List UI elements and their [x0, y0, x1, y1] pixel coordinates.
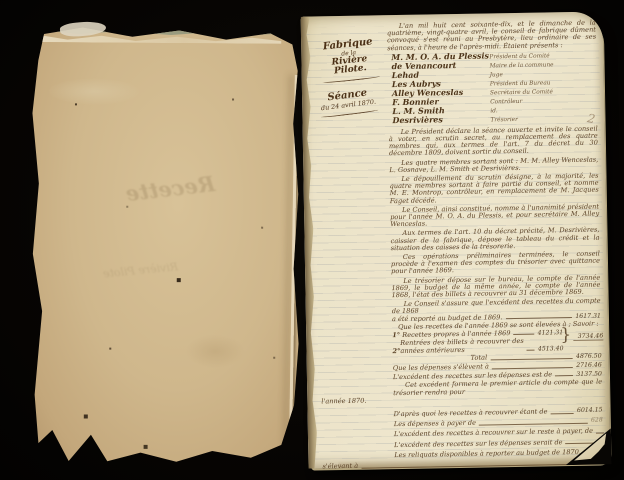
ink-rule [527, 350, 535, 351]
left-page-stain [49, 78, 139, 105]
right-page: Fabrique de la Rivière Pilote. Séance du… [301, 11, 611, 468]
body-text-column: L'an mil huit cent soixante-dix, et le d… [387, 20, 604, 472]
paper-speckles [28, 25, 30, 27]
attendee-role: Trésorier [490, 117, 517, 125]
attendee-role: Secrétaire du Comité [490, 89, 553, 97]
attendee-role: Maire de la commune [489, 62, 553, 70]
ink-rule [490, 358, 573, 360]
paragraph: Le dépouillement du scrutin désigne, à l… [389, 173, 598, 205]
paragraph: Aux termes de l'art. 10 du décret précit… [390, 227, 599, 252]
ink-rule [596, 433, 604, 434]
bleedthrough-text: Rivière Pilote [103, 260, 179, 280]
balance-label: Les dépenses à payer de [394, 419, 476, 429]
attendee-role: Juge [490, 72, 503, 79]
ink-rule [550, 413, 574, 414]
attendee-list: M. M. O. A. du Plessis Président du Comi… [387, 50, 597, 126]
attendee-name: de Venancourt [391, 61, 489, 70]
bleedthrough-text: Recette [125, 171, 217, 206]
total-label: Total [471, 355, 488, 362]
item-number: 2° [392, 348, 400, 355]
ink-rule [361, 463, 600, 468]
scanned-register-photo: Recette Rivière Pilote Fabrique de la Ri… [0, 0, 624, 480]
attendee-role: Président du Bureau [490, 80, 551, 88]
balance-amount: 6014.15 [577, 406, 603, 415]
paragraph: Ces opérations préliminaires terminées, … [391, 251, 600, 276]
excess-amount: 3137.50 [576, 370, 602, 378]
left-page-fore-edge [289, 75, 298, 453]
attendee-name: Desrivières [392, 115, 490, 124]
closing-balance-rows: D'après quoi les recettes à recouvrer ét… [394, 406, 604, 469]
balance-label: s'élevant à [322, 462, 358, 471]
item-label: Rentrées des billets à recouvrer des ann… [400, 338, 524, 355]
item-number: 1° [392, 332, 402, 339]
balance-amount: 628 [591, 417, 603, 425]
item-amount: 4513.40 [538, 345, 564, 353]
attendee-name: Alley Wenceslas [392, 88, 490, 97]
expense-amount: 2716.46 [576, 361, 602, 369]
left-page: Recette Rivière Pilote [24, 25, 303, 467]
balance-row: s'élevant à [322, 457, 603, 470]
total-amount: 4876.50 [576, 353, 602, 361]
margin-session-note: Séance du 24 avril 1870. [310, 85, 386, 119]
ink-rule [555, 375, 573, 376]
margin-heading: Fabrique de la Rivière Pilote. [312, 36, 386, 84]
left-page-stain [185, 334, 245, 368]
attendee-role: Président du Comité [489, 53, 549, 61]
amount: 1617.31 [575, 312, 601, 320]
paragraph: Le Conseil, ainsi constitué, nomme à l'u… [390, 203, 599, 228]
paragraph: Le trésorier dépose sur le bureau, le co… [391, 274, 600, 299]
balance-label: L'excédent des recettes sur les dépenses… [394, 438, 563, 449]
receipt-item-row: 2° Rentrées des billets à recouvrer des … [392, 337, 563, 354]
ink-rule [492, 367, 573, 369]
attendee-role: id. [490, 108, 498, 115]
attendee-role: Contrôleur [490, 99, 522, 107]
opening-paragraph: L'an mil huit cent soixante-dix, et le d… [387, 20, 596, 52]
braced-amount: 3734.46 [573, 332, 603, 341]
receipt-items: 1° Recettes propres à l'année 1869 4121.… [392, 328, 601, 355]
balance-label: D'après quoi les recettes à recouvrer ét… [394, 407, 548, 418]
ink-rule [514, 334, 535, 335]
ink-rule [479, 423, 588, 426]
ink-rule [506, 317, 573, 319]
manuscript-content: Fabrique de la Rivière Pilote. Séance du… [301, 11, 611, 468]
paragraph: Le Président déclare la séance ouverte e… [389, 125, 598, 157]
brace-glyph: } [560, 327, 571, 344]
